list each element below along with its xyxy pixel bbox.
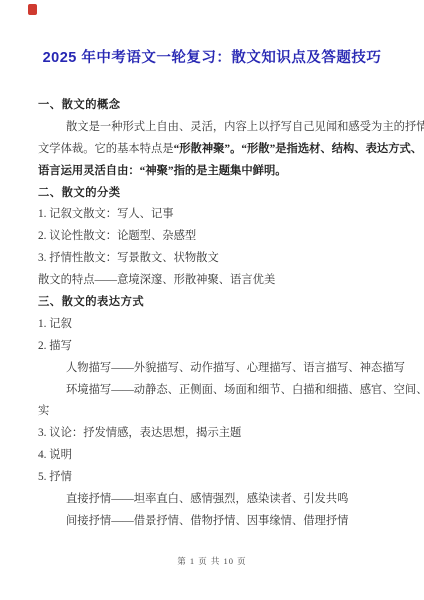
note-line: 散文的特点——意境深邃、形散神聚、语言优美 (38, 270, 394, 292)
list-item: 2. 描写 (38, 336, 394, 358)
sub-list-item: 直接抒情——坦率直白、感情强烈，感染读者、引发共鸣 (38, 489, 394, 511)
list-item: 5. 抒情 (38, 467, 394, 489)
document-body: 一、散文的概念 散文是一种形式上自由、灵活，内容上以抒写自己见闻和感受为主的抒情… (38, 95, 394, 533)
list-item: 2. 议论性散文：论题型、杂感型 (38, 226, 394, 248)
paragraph-line: 散文是一种形式上自由、灵活，内容上以抒写自己见闻和感受为主的抒情性 (38, 117, 394, 139)
list-item: 1. 记叙文散文：写人、记事 (38, 204, 394, 226)
sub-list-item-wrap: 实 (38, 401, 394, 423)
paragraph-text-bold: “形散神聚”。“形散”是指选材、结构、表达方式、 (174, 143, 423, 155)
document-page: 2025 年中考语文一轮复习：散文知识点及答题技巧 一、散文的概念 散文是一种形… (0, 0, 424, 600)
sub-list-item: 环境描写——动静态、正侧面、场面和细节、白描和细描、感官、空间、虚 (38, 380, 394, 402)
paragraph-line: 文学体裁。它的基本特点是“形散神聚”。“形散”是指选材、结构、表达方式、 (38, 139, 394, 161)
section-heading-concept: 一、散文的概念 (38, 95, 394, 117)
page-footer: 第 1 页 共 10 页 (0, 555, 424, 567)
list-item: 3. 议论：抒发情感，表达思想，揭示主题 (38, 423, 394, 445)
red-corner-mark-icon (28, 4, 37, 15)
section-heading-expression: 三、散文的表达方式 (38, 292, 394, 314)
list-item: 3. 抒情性散文：写景散文、状物散文 (38, 248, 394, 270)
sub-list-item: 间接抒情——借景抒情、借物抒情、因事缘情、借理抒情 (38, 511, 394, 533)
sub-list-item: 人物描写——外貌描写、动作描写、心理描写、语言描写、神态描写 (38, 358, 394, 380)
section-heading-categories: 二、散文的分类 (38, 183, 394, 205)
list-item: 1. 记叙 (38, 314, 394, 336)
page-title: 2025 年中考语文一轮复习：散文知识点及答题技巧 (0, 46, 424, 67)
list-item: 4. 说明 (38, 445, 394, 467)
paragraph-text-regular: 文学体裁。它的基本特点是 (38, 143, 174, 155)
paragraph-line: 语言运用灵活自由：“神聚”指的是主题集中鲜明。 (38, 161, 394, 183)
